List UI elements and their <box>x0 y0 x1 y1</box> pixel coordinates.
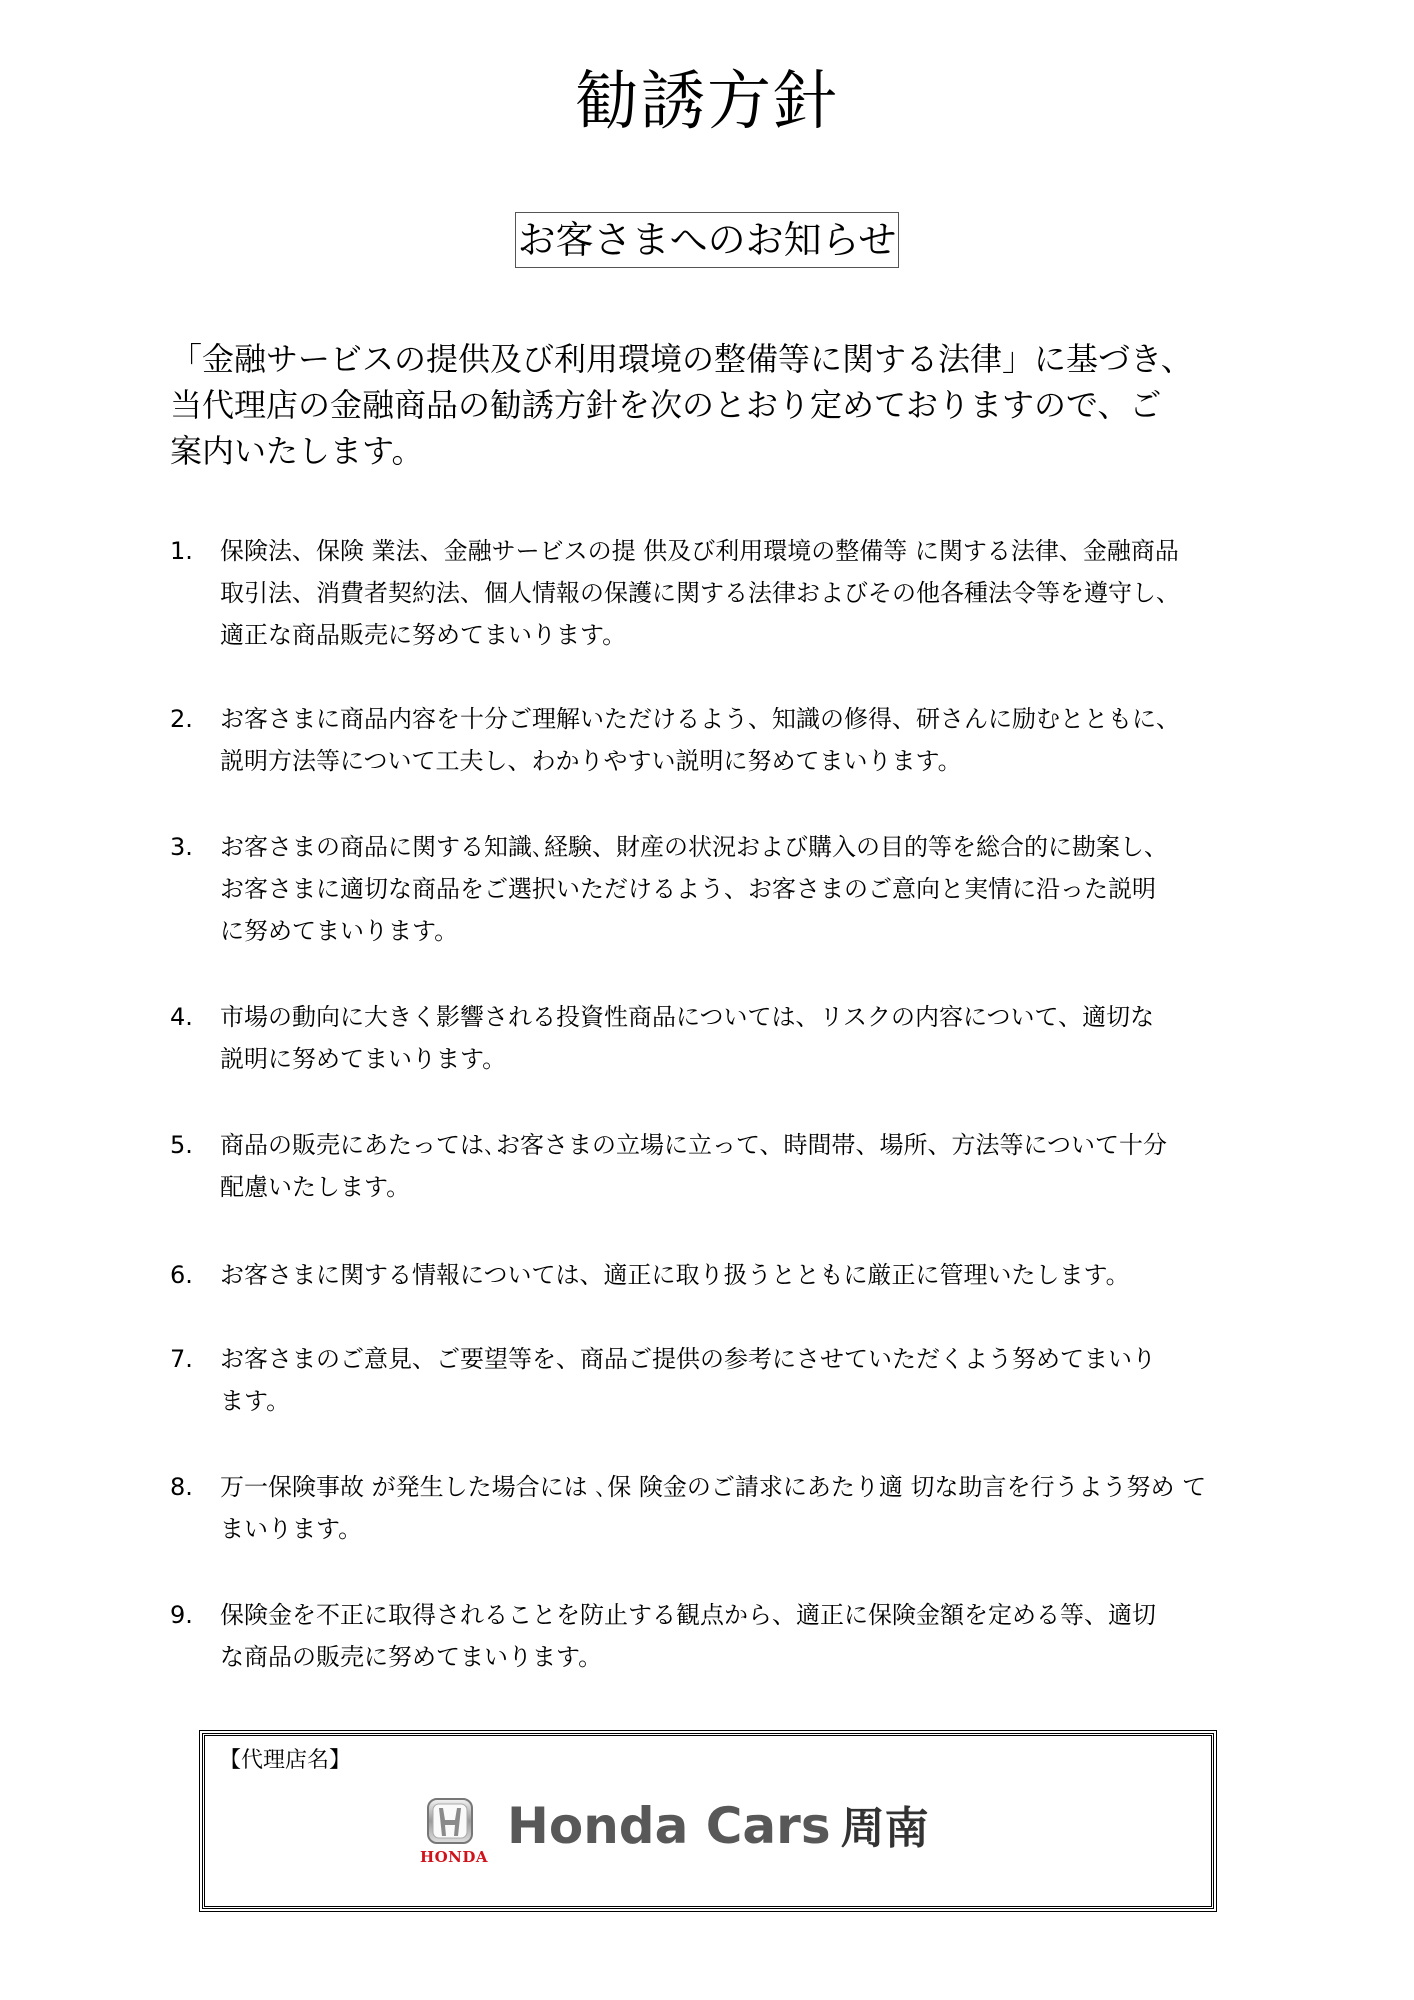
item-number: 2. <box>170 698 220 740</box>
brand-text: Honda Cars <box>507 1797 831 1855</box>
item-line: 商品の販売にあたっては､お客さまの立場に立って、時間帯、場所、方法等について十分 <box>170 1124 1167 1166</box>
item-line: ます。 <box>170 1380 1156 1422</box>
intro-line: 案内いたします。 <box>170 428 1310 474</box>
intro-line: 「金融サービスの提供及び利用環境の整備等に関する法律」に基づき、 <box>170 336 1310 382</box>
item-line: 配慮いたします。 <box>170 1166 1167 1208</box>
item-number: 6. <box>170 1254 220 1296</box>
item-line: 保険法、保険 業法、金融サービスの提 供及び利用環境の整備等 に関する法律、金融… <box>170 530 1180 572</box>
policy-item-7: 7. お客さまのご意見、ご要望等を、商品ご提供の参考にさせていただくよう努めてま… <box>170 1338 1156 1422</box>
agency-logo: HONDA Honda Cars周南 <box>415 1788 1015 1868</box>
policy-item-1: 1. 保険法、保険 業法、金融サービスの提 供及び利用環境の整備等 に関する法律… <box>170 530 1180 656</box>
intro-line: 当代理店の金融商品の勧誘方針を次のとおり定めておりますので、ご <box>170 382 1310 428</box>
item-line: 適正な商品販売に努めてまいります。 <box>170 614 1180 656</box>
policy-item-9: 9. 保険金を不正に取得されることを防止する観点から、適正に保険金額を定める等、… <box>170 1594 1156 1678</box>
item-number: 8. <box>170 1466 220 1508</box>
item-line: お客さまのご意見、ご要望等を、商品ご提供の参考にさせていただくよう努めてまいり <box>170 1338 1156 1380</box>
item-line: お客さまの商品に関する知識､経験、財産の状況および購入の目的等を総合的に勘案し、 <box>170 826 1168 868</box>
item-line: な商品の販売に努めてまいります。 <box>170 1636 1156 1678</box>
item-line: 説明方法等について工夫し、わかりやすい説明に努めてまいります。 <box>170 740 1180 782</box>
honda-wordmark: HONDA <box>415 1848 493 1866</box>
policy-item-8: 8. 万一保険事故 が発生した場合には ､保 険金のご請求にあたり適 切な助言を… <box>170 1466 1206 1550</box>
policy-item-6: 6. お客さまに関する情報については、適正に取り扱うとともに厳正に管理いたします… <box>170 1254 1130 1296</box>
item-line: 万一保険事故 が発生した場合には ､保 険金のご請求にあたり適 切な助言を行うよ… <box>170 1466 1206 1508</box>
item-number: 9. <box>170 1594 220 1636</box>
item-line: 取引法、消費者契約法、個人情報の保護に関する法律およびその他各種法令等を遵守し、 <box>170 572 1180 614</box>
item-line: お客さまに商品内容を十分ご理解いただけるよう、知識の修得、研さんに励むとともに、 <box>170 698 1180 740</box>
honda-emblem-icon <box>425 1796 475 1846</box>
policy-item-5: 5. 商品の販売にあたっては､お客さまの立場に立って、時間帯、場所、方法等につい… <box>170 1124 1167 1208</box>
item-line: 市場の動向に大きく影響される投資性商品については、リスクの内容について、適切な <box>170 996 1154 1038</box>
item-number: 5. <box>170 1124 220 1166</box>
policy-item-4: 4. 市場の動向に大きく影響される投資性商品については、リスクの内容について、適… <box>170 996 1154 1080</box>
page-title: 勧誘方針 <box>0 62 1414 142</box>
item-number: 3. <box>170 826 220 868</box>
item-line: お客さまに適切な商品をご選択いただけるよう、お客さまのご意向と実情に沿った説明 <box>170 868 1168 910</box>
agency-box: 【代理店名】 HONDA Honda Cars周南 <box>202 1733 1214 1909</box>
notice-heading: お客さまへのお知らせ <box>515 212 900 268</box>
policy-item-2: 2. お客さまに商品内容を十分ご理解いただけるよう、知識の修得、研さんに励むとと… <box>170 698 1180 782</box>
item-number: 7. <box>170 1338 220 1380</box>
item-line: お客さまに関する情報については、適正に取り扱うとともに厳正に管理いたします。 <box>170 1254 1130 1296</box>
policy-item-3: 3. お客さまの商品に関する知識､経験、財産の状況および購入の目的等を総合的に勘… <box>170 826 1168 952</box>
agency-label: 【代理店名】 <box>219 1746 351 1776</box>
item-line: 保険金を不正に取得されることを防止する観点から、適正に保険金額を定める等、適切 <box>170 1594 1156 1636</box>
item-line: に努めてまいります。 <box>170 910 1168 952</box>
item-number: 1. <box>170 530 220 572</box>
item-line: まいります。 <box>170 1508 1206 1550</box>
item-number: 4. <box>170 996 220 1038</box>
intro-paragraph: 「金融サービスの提供及び利用環境の整備等に関する法律」に基づき、 当代理店の金融… <box>170 336 1310 474</box>
item-line: 説明に努めてまいります。 <box>170 1038 1154 1080</box>
brand-location: 周南 <box>841 1803 929 1854</box>
brand-name: Honda Cars周南 <box>507 1796 929 1859</box>
